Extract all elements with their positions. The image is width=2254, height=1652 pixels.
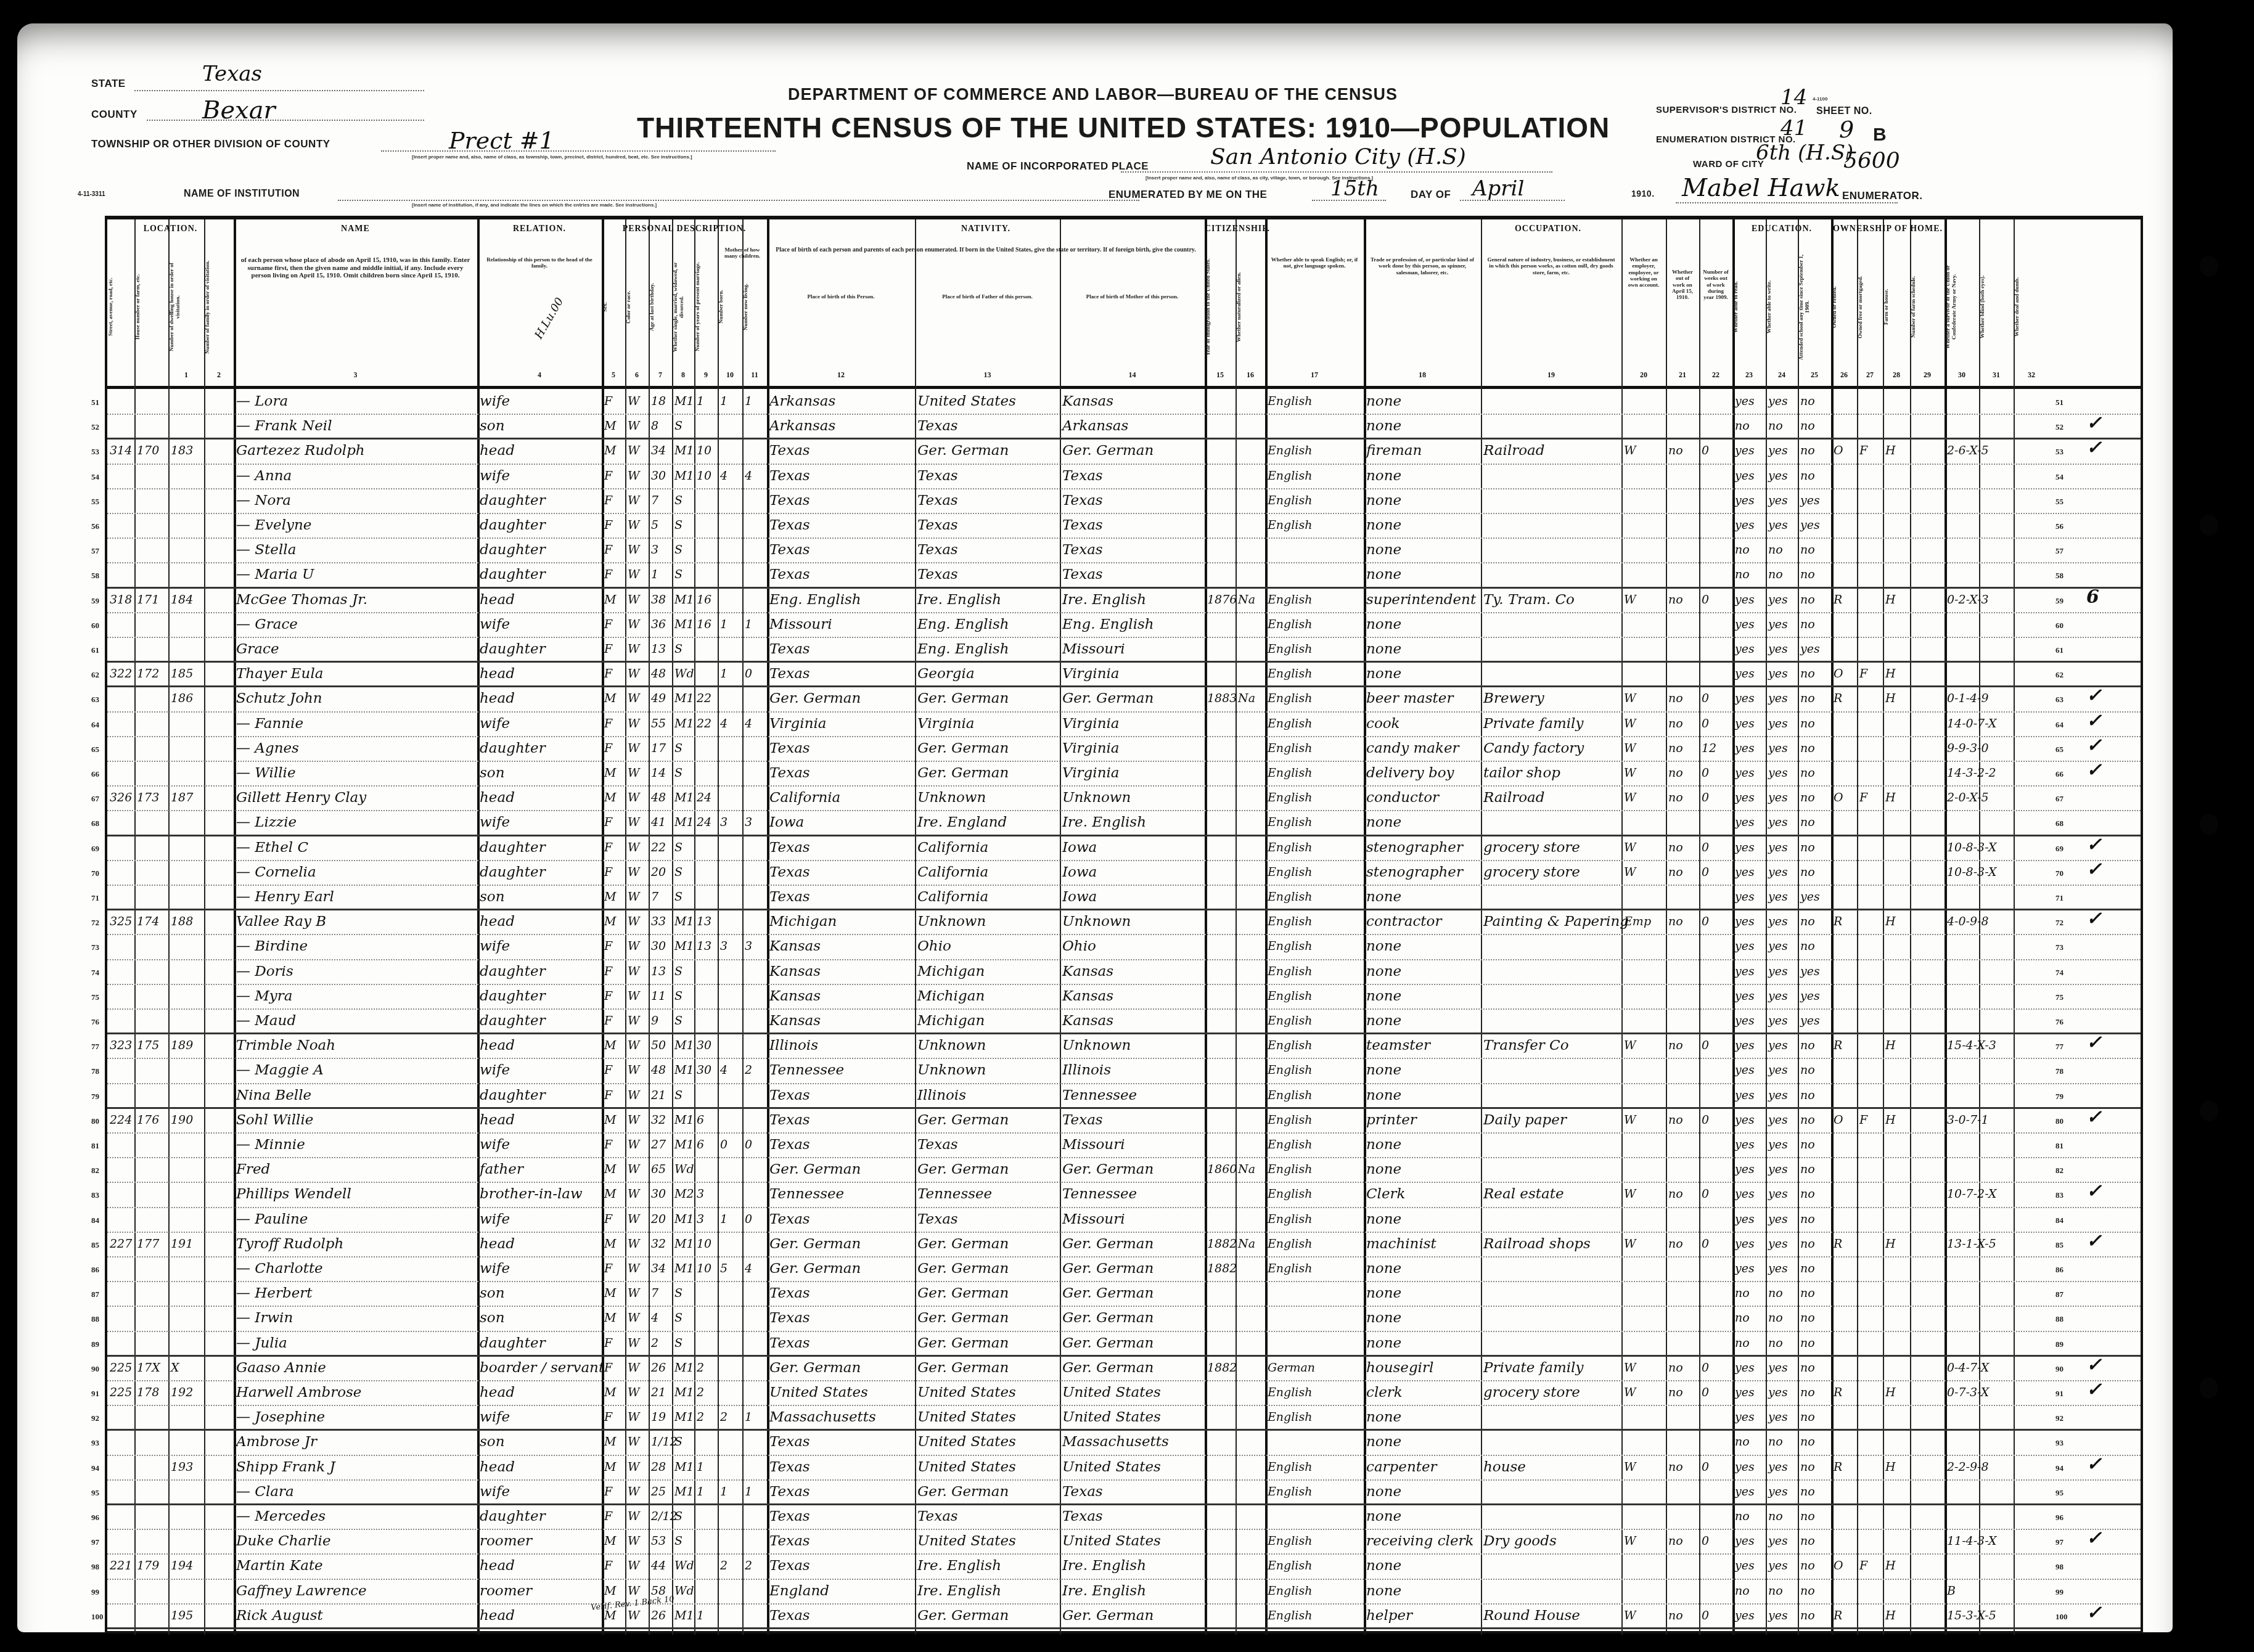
cell-sex: F <box>604 542 612 557</box>
cell-read: yes <box>1735 1063 1755 1077</box>
cell-language: English <box>1268 790 1312 805</box>
cell-birth: Texas <box>769 1113 810 1127</box>
cell-language: English <box>1268 716 1312 731</box>
cell-mother-birth: Arkansas <box>1062 419 1128 433</box>
cell-mother-birth: Ger. German <box>1062 443 1154 458</box>
cell-name: — Birdine <box>236 939 308 954</box>
cell-father-birth: Ire. England <box>917 815 1007 830</box>
cell-weeks: 0 <box>1702 865 1709 880</box>
cell-school: no <box>1800 468 1815 483</box>
cell-name: — Maggie A <box>236 1063 324 1077</box>
cell-language: English <box>1268 1608 1312 1623</box>
sheet-number: 9 <box>1839 116 1854 143</box>
punch-hole <box>2200 814 2218 835</box>
cell-race: W <box>628 1063 640 1077</box>
cell-read: yes <box>1735 1088 1755 1103</box>
cell-language: English <box>1268 1385 1312 1400</box>
cell-name: Thayer Eula <box>236 666 323 681</box>
cell-name: Harwell Ambrose <box>236 1385 362 1400</box>
cell-yrs-married: 30 <box>697 1063 711 1077</box>
cell-trade: none <box>1366 468 1401 483</box>
cell-marital: M1 <box>674 1063 694 1077</box>
cell-sex: F <box>604 666 612 681</box>
cell-marital: M1 <box>674 617 694 632</box>
cell-read: yes <box>1735 1212 1755 1227</box>
column-header-mort: Owned free or mortgaged. <box>1857 251 1883 362</box>
cell-birth: Missouri <box>769 617 832 632</box>
cell-name: Vallee Ray B <box>236 914 326 929</box>
cell-school: yes <box>1800 964 1820 979</box>
cell-birth: Texas <box>769 840 810 855</box>
cell-relation: boarder / servant <box>480 1360 604 1375</box>
cell-born: 4 <box>720 716 727 731</box>
cell-name: — Cornelia <box>236 865 316 880</box>
cell-age: 32 <box>651 1113 666 1127</box>
cell-write: yes <box>1768 914 1788 929</box>
column-number: 1 <box>168 370 204 380</box>
cell-mother-birth: United States <box>1062 1385 1161 1400</box>
line-number-right: 83 <box>2055 1190 2063 1200</box>
cell-school: no <box>1800 1509 1815 1524</box>
cell-relation: head <box>480 691 515 706</box>
cell-birth: Texas <box>769 1212 810 1227</box>
cell-race: W <box>628 1584 640 1598</box>
cell-read: yes <box>1735 1385 1755 1400</box>
cell-out: no <box>1668 741 1683 756</box>
cell-name: — Doris <box>236 964 293 979</box>
cell-age: 9 <box>651 1013 658 1028</box>
cell-father-birth: United States <box>917 1434 1016 1449</box>
cell-age: 5 <box>651 518 658 533</box>
cell-age: 33 <box>651 914 666 929</box>
cell-write: no <box>1768 1509 1783 1524</box>
cell-write: yes <box>1768 617 1788 632</box>
census-sheet: State Texas County Bexar Township or oth… <box>17 23 2173 1632</box>
cell-father-birth: Ger. German <box>917 1336 1009 1351</box>
cell-birth: Kansas <box>769 939 821 954</box>
cell-write: yes <box>1768 964 1788 979</box>
cell-weeks: 0 <box>1702 1360 1709 1375</box>
cell-trade: none <box>1366 1286 1401 1301</box>
cell-read: yes <box>1735 716 1755 731</box>
cell-name: — Stella <box>236 542 296 557</box>
column-header-family: Number of family in order of visitation. <box>204 251 234 362</box>
enumeration-district-value: 41 <box>1781 116 1807 141</box>
cell-school: no <box>1800 394 1815 409</box>
cell-age: 38 <box>651 592 666 607</box>
column-header-blind: Whether blind (both eyes). <box>1979 251 2014 362</box>
cell-father-birth: Ger. German <box>917 1484 1009 1499</box>
cell-out: no <box>1668 1038 1683 1053</box>
table-row: — JuliadaughterFW2STexasGer. GermanGer. … <box>107 1332 2141 1357</box>
cell-school: yes <box>1800 1013 1820 1028</box>
cell-name: Nina Belle <box>236 1088 311 1103</box>
cell-immig: 1882 <box>1207 1237 1237 1251</box>
column-number: 11 <box>742 370 767 380</box>
column-header-trade: Trade or profession of, or particular ki… <box>1367 256 1477 276</box>
cell-mother-birth: Kansas <box>1062 989 1113 1004</box>
cell-age: 30 <box>651 1187 666 1201</box>
column-number: 15 <box>1205 370 1236 380</box>
cell-race: W <box>628 666 640 681</box>
department-heading: Department of Commerce and Labor—Bureau … <box>788 85 1398 104</box>
cell-school: no <box>1800 1460 1815 1474</box>
cell-employ: W <box>1624 766 1636 780</box>
cell-father-birth: Texas <box>917 518 958 533</box>
cell-read: yes <box>1735 815 1755 830</box>
cell-write: yes <box>1768 666 1788 681</box>
cell-yrs-married: 22 <box>697 716 711 731</box>
cell-race: W <box>628 1360 640 1375</box>
cell-mother-birth: Virginia <box>1062 666 1120 681</box>
cell-sex: F <box>604 989 612 1004</box>
cell-marital: M1 <box>674 1212 694 1227</box>
cell-age: 2/12 <box>651 1509 678 1524</box>
cell-marital: S <box>674 1013 682 1028</box>
cell-race: W <box>628 964 640 979</box>
line-number-right: 73 <box>2055 943 2063 952</box>
county-value: Bexar <box>202 96 276 125</box>
cell-house: 173 <box>137 790 159 805</box>
cell-race: W <box>628 542 640 557</box>
cell-fh: H <box>1885 443 1896 458</box>
cell-yrs-married: 13 <box>697 914 711 929</box>
cell-birth: Texas <box>769 1434 810 1449</box>
cell-trade: clerk <box>1366 1385 1403 1400</box>
cell-trade: none <box>1366 617 1401 632</box>
cell-trade: none <box>1366 1484 1401 1499</box>
cell-marital: M1 <box>674 1261 694 1276</box>
column-number: 20 <box>1621 370 1666 380</box>
cell-house: 179 <box>137 1558 159 1573</box>
line-number-left: 95 <box>91 1488 99 1498</box>
cell-out: no <box>1668 1608 1683 1623</box>
cell-relation: roomer <box>480 1534 532 1548</box>
cell-sex: M <box>604 1584 616 1598</box>
incorporated-place-line <box>1121 171 1552 173</box>
cell-employ: W <box>1624 1608 1636 1623</box>
cell-birth: Ger. German <box>769 1237 861 1251</box>
line-number-left: 62 <box>91 670 99 680</box>
cell-school: yes <box>1800 889 1820 904</box>
cell-fh: H <box>1885 1608 1896 1623</box>
column-number: 31 <box>1979 370 2014 380</box>
cell-marital: M2 <box>674 1187 694 1201</box>
group-header-relation: RELATION. <box>477 224 602 234</box>
cell-weeks: 0 <box>1702 790 1709 805</box>
cell-language: English <box>1268 1584 1312 1598</box>
cell-read: yes <box>1735 666 1755 681</box>
line-number-left: 61 <box>91 645 99 655</box>
cell-weeks: 0 <box>1702 1187 1709 1201</box>
table-row: 325174188Vallee Ray BheadMW33M113Michiga… <box>107 910 2141 935</box>
cell-weeks: 0 <box>1702 914 1709 929</box>
line-number-right: 51 <box>2055 398 2063 407</box>
line-number-left: 52 <box>91 422 99 432</box>
cell-sex: F <box>604 964 612 979</box>
cell-school: no <box>1800 1608 1815 1623</box>
column-header-relation: Relationship of this person to the head … <box>481 256 598 269</box>
cell-code: 10-7-2-X <box>1947 1187 1996 1201</box>
cell-age: 1/12 <box>651 1434 678 1449</box>
cell-mother-birth: Texas <box>1062 1509 1103 1524</box>
cell-birth: Eng. English <box>769 592 861 607</box>
cell-race: W <box>628 691 640 706</box>
cell-born: 5 <box>720 1261 727 1276</box>
cell-own: R <box>1834 1038 1842 1053</box>
cell-age: 11 <box>651 989 666 1004</box>
cell-birth: Texas <box>769 567 810 582</box>
cell-trade: none <box>1366 1434 1401 1449</box>
table-row: — LizziewifeFW41M12433IowaIre. EnglandIr… <box>107 811 2141 836</box>
column-number: 32 <box>2014 370 2049 380</box>
line-number-left: 74 <box>91 968 99 978</box>
cell-age: 41 <box>651 815 666 830</box>
cell-race: W <box>628 493 640 508</box>
cell-industry: Round House <box>1483 1608 1580 1623</box>
cell-birth: Texas <box>769 741 810 756</box>
cell-fh: H <box>1885 1237 1896 1251</box>
cell-relation: son <box>480 1286 504 1301</box>
cell-father-birth: United States <box>917 1534 1016 1548</box>
cell-marital: M1 <box>674 1038 694 1053</box>
column-number: 7 <box>649 370 672 380</box>
cell-read: yes <box>1735 642 1755 656</box>
cell-relation: head <box>480 592 515 607</box>
cell-weeks: 0 <box>1702 1608 1709 1623</box>
cell-sex: F <box>604 1261 612 1276</box>
cell-employ: W <box>1624 592 1636 607</box>
stamp-number: 5600 <box>1843 148 1900 173</box>
cell-birth: Texas <box>769 1311 810 1325</box>
table-row: — MinniewifeFW27M1600TexasTexasMissouriE… <box>107 1134 2141 1158</box>
cell-yrs-married: 24 <box>697 790 711 805</box>
cell-employ: W <box>1624 840 1636 855</box>
column-header-name: of each person whose place of abode on A… <box>237 256 473 280</box>
group-header-nativity: NATIVITY. <box>767 224 1205 234</box>
cell-street: 227 <box>110 1237 132 1251</box>
cell-race: W <box>628 1038 640 1053</box>
cell-dwelling: 195 <box>171 1608 193 1623</box>
cell-name: — Henry Earl <box>236 889 334 904</box>
line-number-right: 55 <box>2055 497 2063 507</box>
line-number-left: 59 <box>91 596 99 606</box>
cell-school: no <box>1800 815 1815 830</box>
cell-name: — Maud <box>236 1013 296 1028</box>
cell-read: no <box>1735 1434 1750 1449</box>
cell-father-birth: Texas <box>917 493 958 508</box>
cell-read: no <box>1735 419 1750 433</box>
cell-trade: cook <box>1366 716 1400 731</box>
column-header-race: Color or race. <box>625 251 649 362</box>
cell-write: yes <box>1768 1187 1788 1201</box>
cell-relation: son <box>480 766 504 780</box>
column-number: 12 <box>767 370 915 380</box>
group-header-ownership: OWNERSHIP OF HOME. <box>1831 224 1945 234</box>
cell-fh: H <box>1885 1038 1896 1053</box>
cell-marital: M1 <box>674 1608 694 1623</box>
cell-language: English <box>1268 1187 1312 1201</box>
cell-school: no <box>1800 1410 1815 1425</box>
cell-name: — Irwin <box>236 1311 293 1325</box>
cell-street: 314 <box>110 443 132 458</box>
cell-race: W <box>628 394 640 409</box>
cell-father-birth: Michigan <box>917 1013 985 1028</box>
cell-write: yes <box>1768 989 1788 1004</box>
cell-industry: Railroad <box>1483 443 1545 458</box>
cell-marital: M1 <box>674 1484 694 1499</box>
cell-name: — Herbert <box>236 1286 313 1301</box>
cell-yrs-married: 6 <box>697 1113 704 1127</box>
cell-race: W <box>628 1460 640 1474</box>
cell-weeks: 0 <box>1702 691 1709 706</box>
cell-age: 19 <box>651 1410 666 1425</box>
column-header-mother_birth: Place of birth of Mother of this person. <box>1063 293 1201 300</box>
cell-fh: H <box>1885 1558 1896 1573</box>
cell-trade: none <box>1366 642 1401 656</box>
cell-yrs-married: 13 <box>697 939 711 954</box>
line-number-left: 58 <box>91 571 99 581</box>
cell-relation: head <box>480 1460 515 1474</box>
cell-write: yes <box>1768 790 1788 805</box>
line-number-left: 92 <box>91 1413 99 1423</box>
cell-write: yes <box>1768 1088 1788 1103</box>
table-row: 322172185Thayer EulaheadFW48Wd10TexasGeo… <box>107 663 2141 687</box>
cell-birth: California <box>769 790 840 805</box>
group-header-citizenship: CITIZENSHIP. <box>1205 224 1265 234</box>
cell-relation: head <box>480 1237 515 1251</box>
cell-age: 34 <box>651 1261 666 1276</box>
cell-read: yes <box>1735 1608 1755 1623</box>
cell-relation: son <box>480 1434 504 1449</box>
cell-birth: Texas <box>769 468 810 483</box>
cell-own: R <box>1834 592 1842 607</box>
cell-trade: none <box>1366 419 1401 433</box>
table-row: — MercedesdaughterFW2/12STexasTexasTexas… <box>107 1505 2141 1530</box>
cell-living: 1 <box>745 617 752 632</box>
cell-mother-birth: Virginia <box>1062 716 1120 731</box>
cell-read: no <box>1735 567 1750 582</box>
cell-relation: son <box>480 1311 504 1325</box>
cell-age: 30 <box>651 468 666 483</box>
cell-marital: M1 <box>674 1137 694 1152</box>
cell-read: yes <box>1735 741 1755 756</box>
line-number-left: 86 <box>91 1265 99 1275</box>
cell-industry: Candy factory <box>1483 741 1584 756</box>
cell-sex: F <box>604 1137 612 1152</box>
cell-employ: W <box>1624 443 1636 458</box>
table-row: 193Shipp Frank JheadMW28M11TexasUnited S… <box>107 1456 2141 1481</box>
cell-trade: machinist <box>1366 1237 1436 1251</box>
table-row: — CorneliadaughterFW20STexasCaliforniaIo… <box>107 861 2141 886</box>
column-number: 17 <box>1265 370 1364 380</box>
enumerator-label: Enumerator. <box>1842 190 1923 202</box>
cell-birth: Texas <box>769 1460 810 1474</box>
cell-age: 48 <box>651 666 666 681</box>
cell-relation: head <box>480 914 515 929</box>
cell-birth: Texas <box>769 766 810 780</box>
line-number-left: 79 <box>91 1092 99 1102</box>
cell-language: English <box>1268 1410 1312 1425</box>
cell-age: 22 <box>651 840 666 855</box>
line-number-left: 83 <box>91 1190 99 1200</box>
cell-race: W <box>628 468 640 483</box>
cell-code: 0-1-4-9 <box>1947 691 1989 706</box>
cell-read: yes <box>1735 766 1755 780</box>
cell-read: yes <box>1735 1484 1755 1499</box>
table-row: — Henry EarlsonMW7STexasCaliforniaIowaEn… <box>107 886 2141 910</box>
cell-nat: Na <box>1238 1162 1255 1177</box>
cell-father-birth: Ire. English <box>917 1558 1001 1573</box>
cell-employ: Emp <box>1624 914 1651 929</box>
line-number-left: 80 <box>91 1116 99 1126</box>
cell-dwelling: 193 <box>171 1460 193 1474</box>
cell-father-birth: Texas <box>917 1137 958 1152</box>
cell-own: O <box>1834 1113 1843 1127</box>
cell-code: 2-0-X-5 <box>1947 790 1989 805</box>
cell-marital: S <box>674 865 682 880</box>
line-number-left: 97 <box>91 1537 99 1547</box>
cell-age: 7 <box>651 1286 658 1301</box>
cell-yrs-married: 30 <box>697 1038 711 1053</box>
cell-language: English <box>1268 443 1312 458</box>
cell-weeks: 0 <box>1702 1113 1709 1127</box>
cell-mother-birth: Kansas <box>1062 394 1113 409</box>
cell-father-birth: California <box>917 889 988 904</box>
cell-born: 1 <box>720 617 727 632</box>
cell-name: — Agnes <box>236 741 299 756</box>
column-header-house: House number or farm, etc. <box>134 251 168 362</box>
column-header-employ: Whether an employer, employee, or workin… <box>1625 256 1662 288</box>
cell-school: no <box>1800 716 1815 731</box>
header-divider <box>107 386 2141 389</box>
cell-birth: Texas <box>769 518 810 533</box>
cell-code: 3-0-7-1 <box>1947 1113 1989 1127</box>
cell-name: Gaffney Lawrence <box>236 1584 367 1598</box>
cell-read: no <box>1735 1311 1750 1325</box>
cell-relation: wife <box>480 1484 510 1499</box>
cell-mort: F <box>1859 443 1867 458</box>
column-number: 27 <box>1857 370 1883 380</box>
cell-school: yes <box>1800 989 1820 1004</box>
check-mark-icon: ✓ <box>2086 1454 2102 1475</box>
line-number-right: 67 <box>2055 794 2063 804</box>
township-line <box>381 150 776 152</box>
cell-dwelling: 191 <box>171 1237 193 1251</box>
cell-read: yes <box>1735 1261 1755 1276</box>
cell-birth: Kansas <box>769 989 821 1004</box>
sheet-side: B <box>1873 125 1887 145</box>
cell-weeks: 0 <box>1702 766 1709 780</box>
cell-nat: Na <box>1238 1237 1255 1251</box>
cell-read: yes <box>1735 865 1755 880</box>
cell-write: yes <box>1768 939 1788 954</box>
cell-birth: Ger. German <box>769 1261 861 1276</box>
cell-name: Sohl Willie <box>236 1113 313 1127</box>
enumerator-line <box>1676 202 1898 203</box>
line-number-right: 100 <box>2055 1612 2068 1622</box>
cell-out: no <box>1668 1187 1683 1201</box>
table-row: — Frank NeilsonMW8SArkansasTexasArkansas… <box>107 415 2141 440</box>
cell-read: yes <box>1735 592 1755 607</box>
cell-sex: M <box>604 1311 616 1325</box>
cell-mort: F <box>1859 1558 1867 1573</box>
cell-mother-birth: United States <box>1062 1534 1161 1548</box>
cell-relation: head <box>480 666 515 681</box>
cell-marital: M1 <box>674 1113 694 1127</box>
column-header-birth: Place of birth of this Person. <box>771 293 911 300</box>
line-number-left: 68 <box>91 819 99 828</box>
